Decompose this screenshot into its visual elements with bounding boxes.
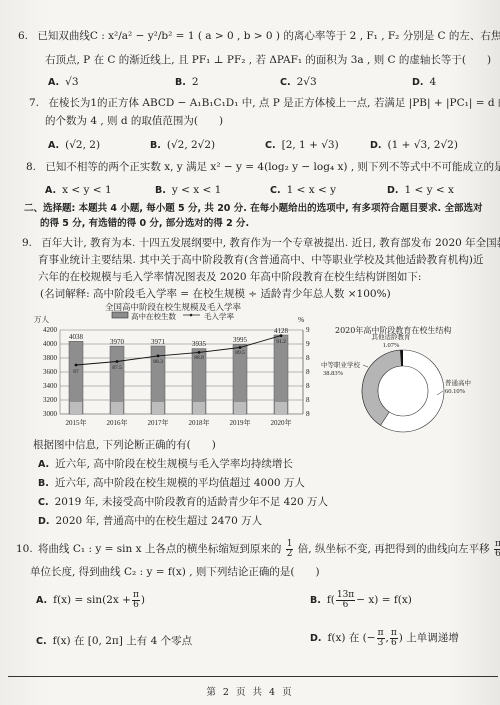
svg-text:88.8: 88.8 <box>194 355 204 361</box>
svg-text:89.5: 89.5 <box>235 350 245 356</box>
q7-option-d: D.(1 + √3, 2√2) <box>370 138 458 153</box>
q9-line4: (名词解释: 高中阶段毛入学率 = 在校生规模 ÷ 适龄青少年总人数 ×100%… <box>40 287 391 301</box>
q9-line1: 9. 百年大计, 教育为本. 十四五发展纲要中, 教育作为一个专章被提出. 近日… <box>22 236 500 250</box>
fraction-one-half: 12 <box>286 540 294 559</box>
svg-text:4038: 4038 <box>69 333 84 341</box>
svg-text:91.2: 91.2 <box>276 339 286 345</box>
svg-text:3971: 3971 <box>151 338 166 346</box>
svg-text:1.07%: 1.07% <box>383 342 400 349</box>
fraction-pi-over-6: π6 <box>494 540 500 559</box>
q6-number: 6. <box>18 30 28 42</box>
svg-text:3200: 3200 <box>43 396 58 404</box>
svg-text:4128: 4128 <box>274 327 289 335</box>
q7-text: 在棱长为1的正方体 ABCD − A₁B₁C₁D₁ 中, 点 P 是正方体棱上一… <box>48 97 500 109</box>
svg-text:3000: 3000 <box>43 410 58 418</box>
q9-text: 百年大计, 教育为本. 十四五发展纲要中, 教育作为一个专章被提出. 近日, 教… <box>41 237 500 249</box>
svg-text:88.3: 88.3 <box>153 359 163 365</box>
svg-text:其他适龄教育: 其他适龄教育 <box>372 333 412 341</box>
q8-option-d: D.1 < y < x <box>387 183 454 198</box>
q10-option-c: C.f(x) 在 [0, 2π] 上有 4 个零点 <box>36 634 192 649</box>
q8-option-a: A.x < y < 1 <box>45 183 112 198</box>
svg-text:4000: 4000 <box>43 340 58 348</box>
q6-option-d: D.4 <box>412 75 436 90</box>
svg-text:4200: 4200 <box>43 326 58 334</box>
q7-option-c: C.[2, 1 + √3) <box>265 138 339 153</box>
exam-page: 6. 已知双曲线C : x²/a² − y²/b² = 1 ( a > 0 , … <box>0 0 500 705</box>
q9-option-a: A.近六年, 高中阶段在校生规模与毛入学率均持续增长 <box>38 457 293 472</box>
svg-text:38.83%: 38.83% <box>323 370 344 377</box>
svg-text:2019年: 2019年 <box>230 418 251 427</box>
svg-text:万人: 万人 <box>34 314 49 324</box>
svg-text:3935: 3935 <box>192 340 207 348</box>
q10-option-b: B.f(13π6− x) = f(x) <box>310 590 412 611</box>
svg-text:中等职业学校: 中等职业学校 <box>321 360 361 369</box>
q7-line2: 的个数为 4 , 则 d 的取值范围为( ) <box>45 114 223 128</box>
q9-option-d: D.2020 年, 普通高中的在校生超过 2470 万人 <box>38 514 262 529</box>
q9-prompt: 根据图中信息, 下列论断正确的有( ) <box>33 438 216 452</box>
q6-option-b: B.2 <box>175 75 199 90</box>
q7-line1: 7. 在棱长为1的正方体 ABCD − A₁B₁C₁D₁ 中, 点 P 是正方体… <box>29 96 500 110</box>
q7-option-b: B.(√2, 2√2) <box>150 138 215 153</box>
svg-text:高中在校生数: 高中在校生数 <box>131 311 176 321</box>
footer-divider <box>8 676 498 677</box>
q10-line2: 单位长度, 得到曲线 C₂ : y = f(x) , 则下列结论正确的是( ) <box>30 565 320 579</box>
q8-line1: 8. 已知不相等的两个正实数 x, y 满足 x² − y = 4(log₂ y… <box>26 160 500 174</box>
q8-number: 8. <box>26 161 36 173</box>
q9-option-c: C.2019 年, 未接受高中阶段教育的适龄青少年不足 420 万人 <box>38 495 328 510</box>
legend-bar-swatch <box>112 312 128 318</box>
q9-line2: 育事业统计主要结果. 其中关于高中阶段教育(含普通高中、中等职业学校及其他适龄教… <box>38 253 483 267</box>
q6-option-c: C.2√3 <box>280 75 317 90</box>
svg-text:3995: 3995 <box>233 336 248 344</box>
section2-heading-line2: 的得 5 分, 有选错的得 0 分, 部分选对的得 2 分. <box>40 217 249 231</box>
q9-option-b: B.近六年, 高中阶段在校生规模的平均值超过 4000 万人 <box>38 476 305 491</box>
svg-text:2020年: 2020年 <box>271 418 292 427</box>
q8-option-c: C.1 < x < y <box>270 183 336 198</box>
q6-option-a: A.√3 <box>48 75 79 90</box>
svg-text:2018年: 2018年 <box>189 418 210 427</box>
q7-option-a: A.(√2, 2) <box>48 138 100 153</box>
q10-number: 10. <box>16 543 33 555</box>
enrollment-structure-donut-chart: 其他适龄教育 1.07% 中等职业学校 38.83% 普通高中 60.10% <box>305 333 500 433</box>
q6-line1: 6. 已知双曲线C : x²/a² − y²/b² = 1 ( a > 0 , … <box>18 29 500 43</box>
svg-text:%: % <box>298 315 304 324</box>
q9-number: 9. <box>22 237 32 249</box>
q10-option-a: A.f(x) = sin(2x +π6) <box>36 590 145 611</box>
q6-text: 已知双曲线C : x²/a² − y²/b² = 1 ( a > 0 , b >… <box>37 30 500 42</box>
page-number: 第 2 页 共 4 页 <box>0 684 500 698</box>
svg-text:87.5: 87.5 <box>112 365 122 371</box>
svg-text:60.10%: 60.10% <box>445 388 466 395</box>
svg-text:2017年: 2017年 <box>148 418 169 427</box>
q7-number: 7. <box>29 97 39 109</box>
q9-line3: 六年的在校规模与毛入学率情况图表及 2020 年高中阶段教育在校生结构饼图如下: <box>38 270 421 284</box>
svg-text:毛入学率: 毛入学率 <box>204 311 234 321</box>
svg-text:87: 87 <box>73 369 79 375</box>
q6-line2: 右顶点, P 在 C 的渐近线上, 且 PF₁ ⊥ PF₂ , 若 ΔPAF₁ … <box>45 53 491 67</box>
svg-text:3600: 3600 <box>43 368 58 376</box>
q8-text: 已知不相等的两个正实数 x, y 满足 x² − y = 4(log₂ y − … <box>45 161 500 173</box>
q10-line1: 10. 将曲线 C₁ : y = sin x 上各点的横坐标缩短到原来的 12 … <box>16 538 500 560</box>
svg-text:3970: 3970 <box>110 338 125 346</box>
svg-text:3400: 3400 <box>43 382 58 390</box>
svg-text:3800: 3800 <box>43 354 58 362</box>
enrollment-bar-line-chart: 高中在校生数 毛入学率 万人 % 4200 4000 3800 3600 340… <box>20 310 310 435</box>
svg-text:2016年: 2016年 <box>107 418 128 427</box>
q8-option-b: B.y < x < 1 <box>155 183 221 198</box>
svg-text:2015年: 2015年 <box>66 418 87 427</box>
section2-heading: 二、选择题: 本题共 4 小题, 每小题 5 分, 共 20 分. 在每小题给出… <box>24 202 482 216</box>
svg-text:普通高中: 普通高中 <box>445 378 472 387</box>
q10-option-d: D.f(x) 在 (−π3,π6) 上单调递增 <box>310 628 459 649</box>
